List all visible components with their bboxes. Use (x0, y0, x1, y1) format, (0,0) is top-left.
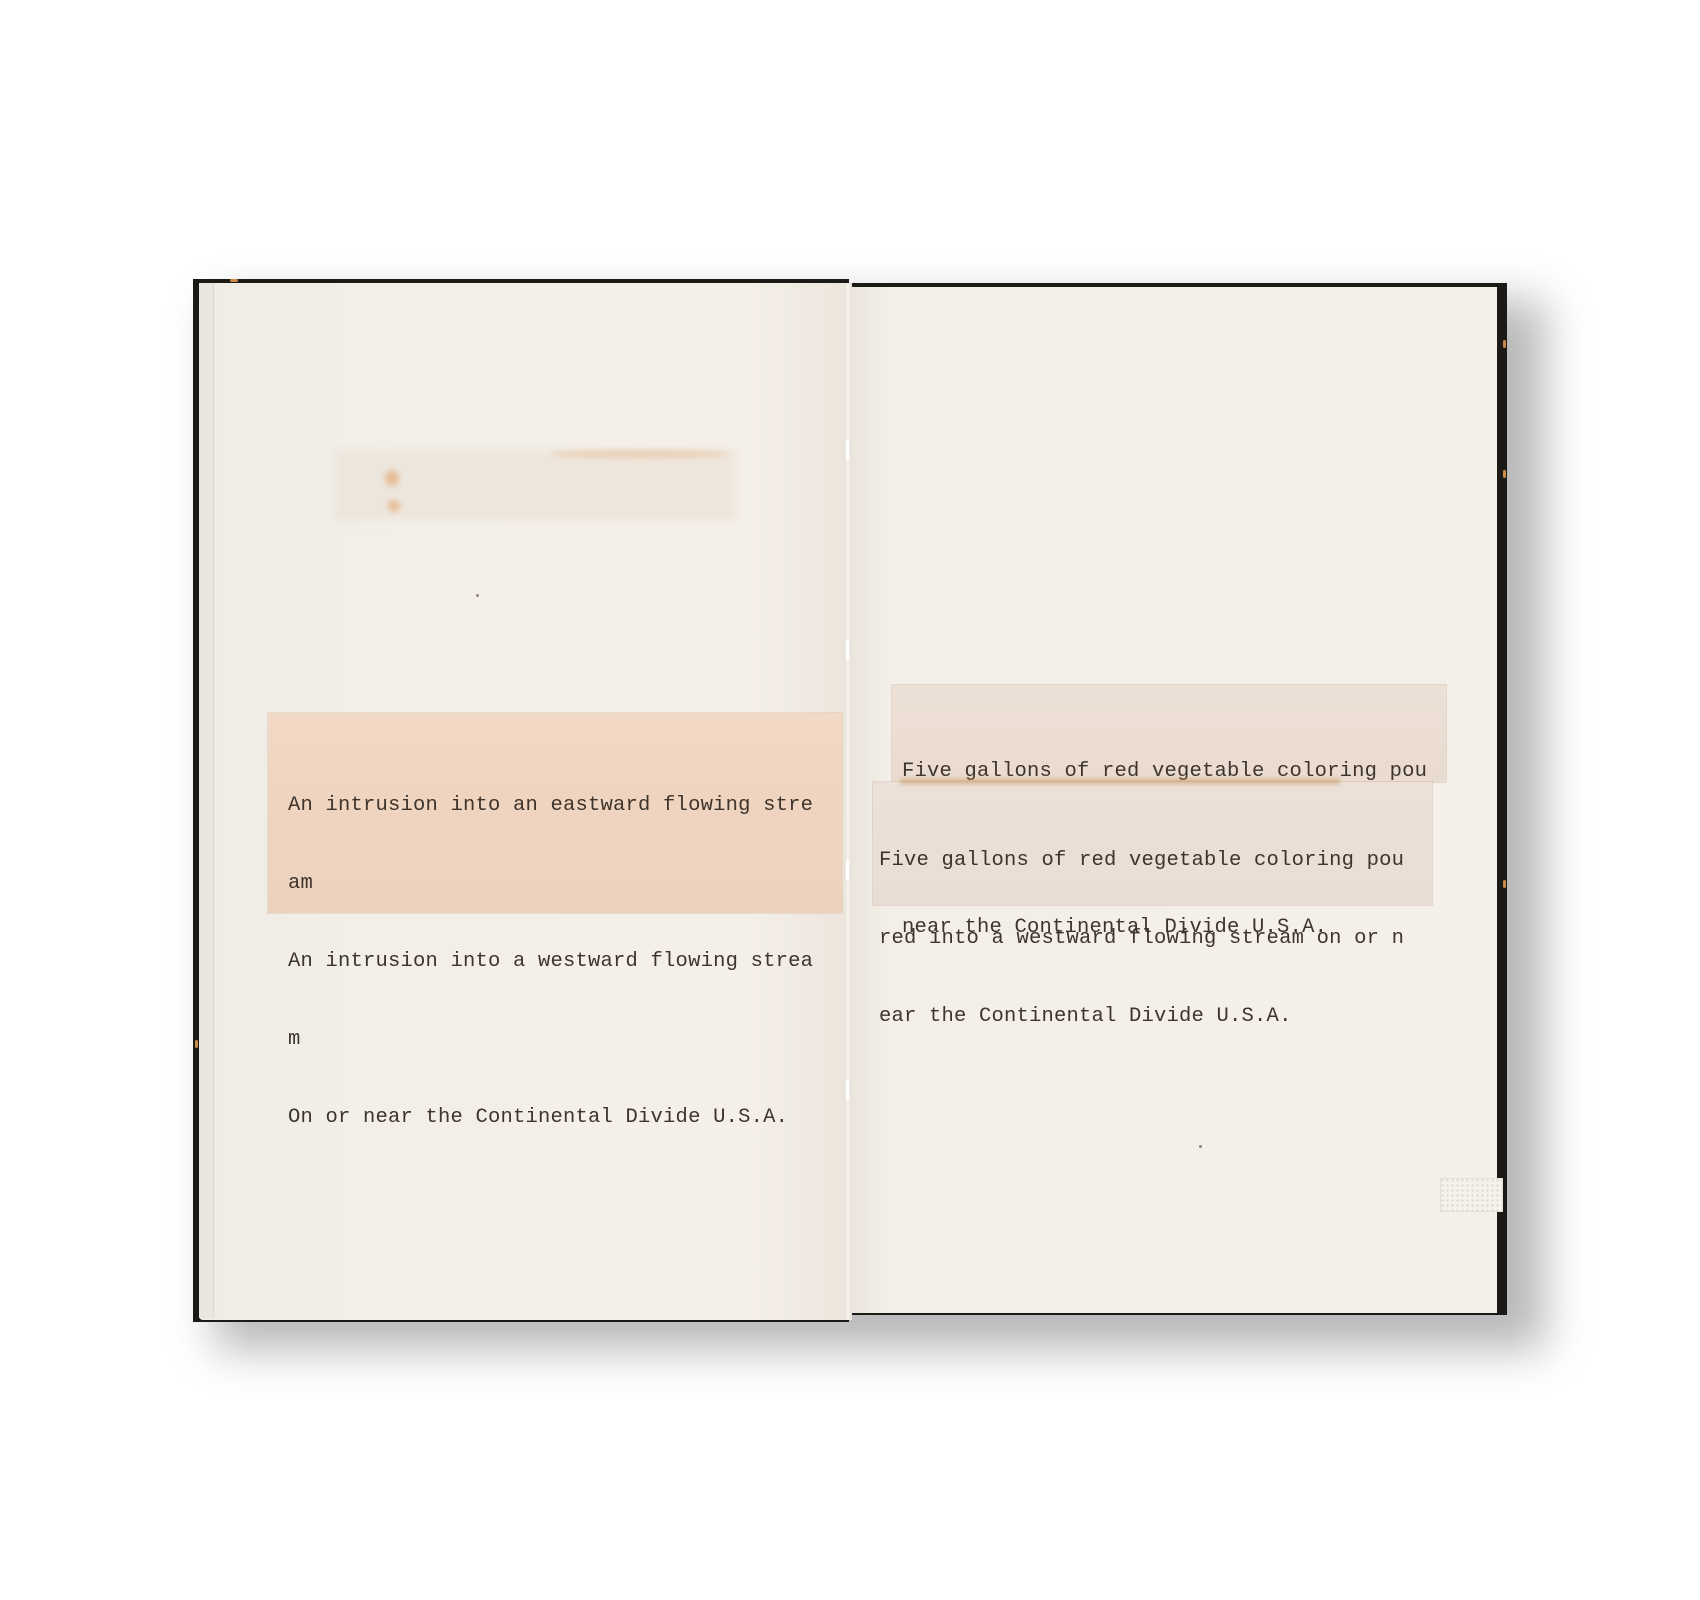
cover-speckle (230, 279, 238, 282)
stain (385, 470, 399, 486)
stain (550, 450, 730, 458)
typed-line: On or near the Continental Divide U.S.A. (288, 1105, 842, 1131)
cover-speckle (1503, 470, 1506, 478)
stain (388, 500, 400, 512)
typed-line: am (288, 871, 842, 897)
binding-stitch (846, 440, 849, 460)
cover-speckle (1503, 340, 1506, 348)
cover-speckle (1503, 880, 1506, 888)
typed-line: Five gallons of red vegetable coloring p… (879, 848, 1432, 874)
typed-strip-left: An intrusion into an eastward flowing st… (268, 713, 842, 913)
paper-speck (1199, 1145, 1202, 1148)
typed-line: An intrusion into an eastward flowing st… (288, 793, 842, 819)
paper-speck (476, 594, 479, 597)
book-gutter (844, 283, 852, 1320)
cover-speckle (195, 1040, 198, 1048)
glue-stain (900, 779, 1340, 784)
typed-strip-right-top: Five gallons of red vegetable coloring p… (892, 685, 1446, 782)
left-page-edge (199, 283, 214, 1318)
binding-stitch (846, 860, 849, 880)
typed-strip-right-bottom: Five gallons of red vegetable coloring p… (873, 782, 1432, 905)
typed-line: red into a westward flowing stream on or… (879, 926, 1432, 952)
page-marker-tab[interactable] (1440, 1178, 1503, 1212)
typed-line: An intrusion into a westward flowing str… (288, 949, 842, 975)
binding-stitch (846, 640, 849, 660)
binding-stitch (846, 1080, 849, 1100)
typed-line: ear the Continental Divide U.S.A. (879, 1004, 1432, 1030)
typed-line: m (288, 1027, 842, 1053)
